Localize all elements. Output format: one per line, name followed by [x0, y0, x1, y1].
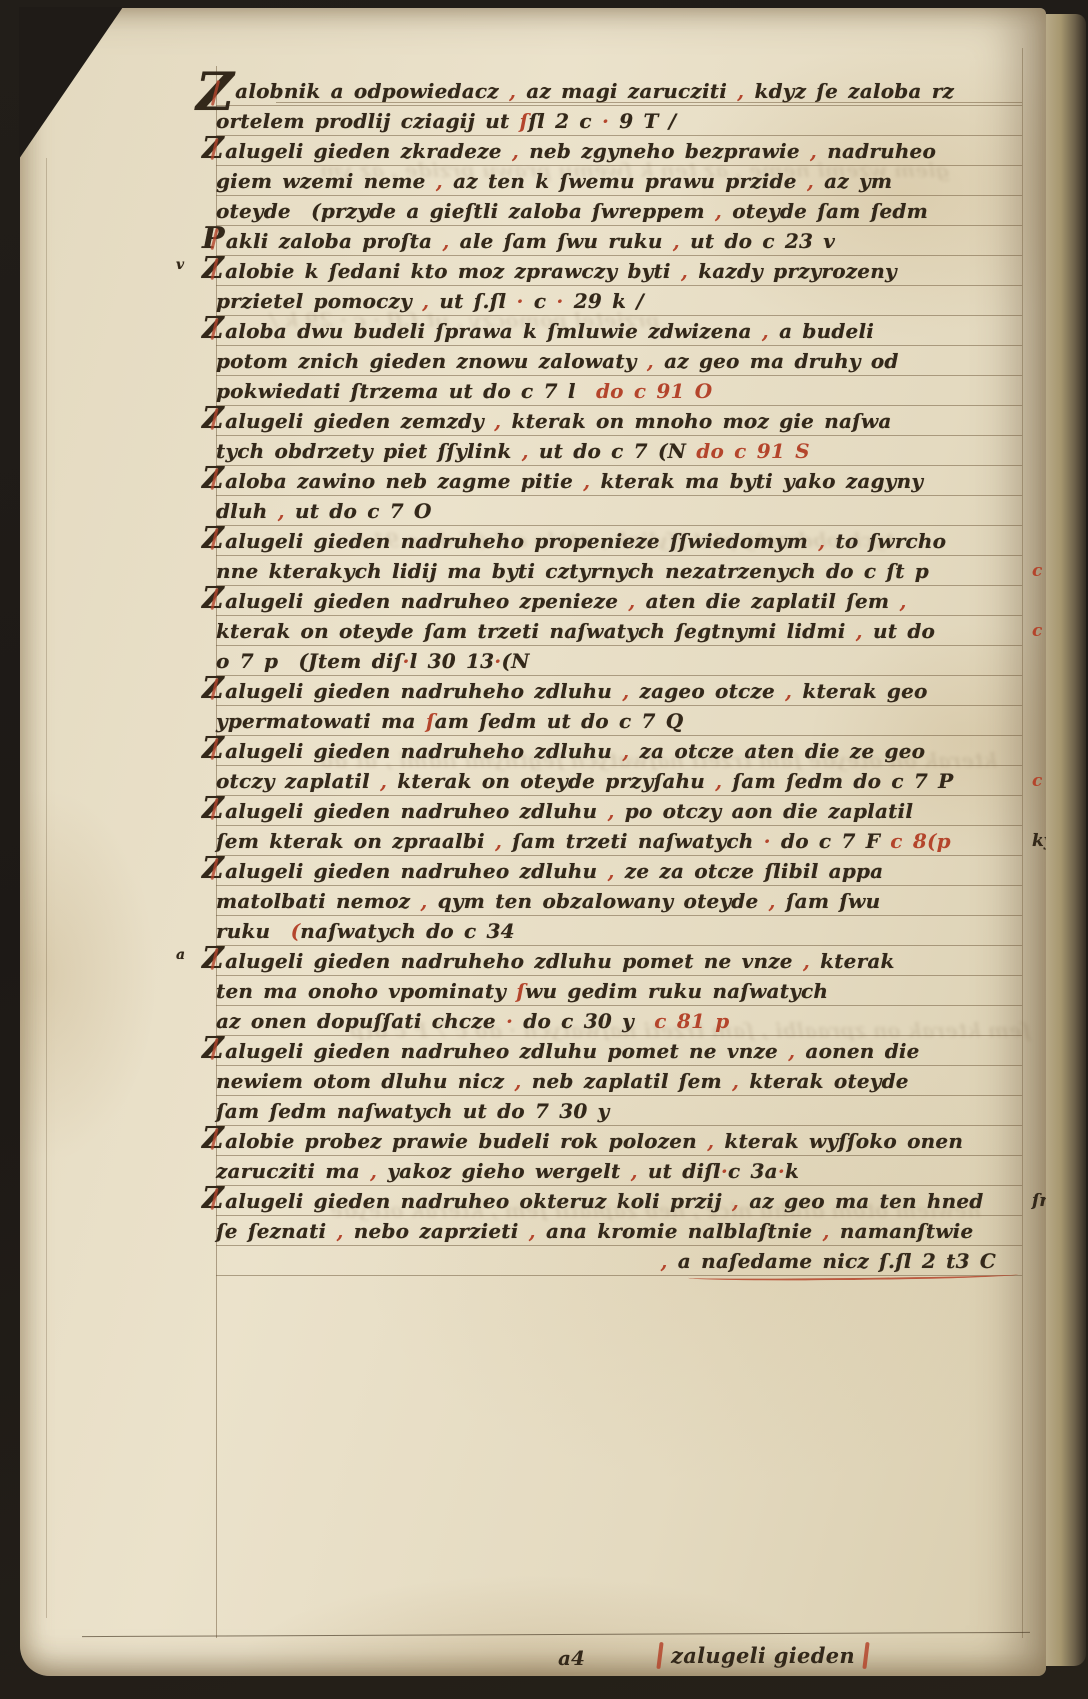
text-segment: alugeli gieden nadruheo zdluhu pomet ne …	[225, 1039, 778, 1063]
rubric-mark: ,	[705, 199, 722, 223]
text-segment: a naſedame nicz ſ.ſl 2 t3 C	[678, 1249, 996, 1273]
ruling-line-edge	[46, 158, 47, 1618]
rubric-mark: ,	[705, 769, 722, 793]
rubric-mark: ,	[426, 169, 443, 193]
text-segment: alugeli gieden nadruheho zdluhu	[225, 739, 612, 763]
text-segment: dluh	[216, 499, 267, 523]
rubric-mark: ,	[511, 439, 528, 463]
rubric-mark: ,	[808, 529, 825, 553]
text-segment: ſe ſeznati	[216, 1219, 326, 1243]
text-segment: alugeli gieden zkradeze	[225, 139, 502, 163]
initial-capital: Z	[202, 946, 225, 972]
text-block: Zalobnik a odpowiedacz , az magi zaruczi…	[216, 76, 1022, 1276]
rubric-mark: ,	[812, 1219, 829, 1243]
margin-mark: v	[176, 250, 184, 280]
text-line-2: ortelem prodlij cziagij ut ſſl 2 c · 9 T…	[216, 106, 1022, 136]
initial-capital: Z	[202, 1036, 225, 1062]
rubric-mark: ,	[573, 469, 590, 493]
text-segment: namanſtwie	[830, 1219, 974, 1243]
text-segment: ruku	[216, 919, 291, 943]
rubric-mark: ,	[499, 79, 516, 103]
text-segment: 29 k /	[574, 289, 644, 313]
text-segment: alugeli gieden nadruheho zdluhu pomet ne…	[225, 949, 793, 973]
initial-capital: Z	[202, 316, 225, 342]
text-segment: alugeli gieden nadruheo okteruz koli prz…	[225, 1189, 722, 1213]
text-line-25: Zalugeli gieden nadruheo zdluhu , po otc…	[216, 796, 1022, 826]
initial-capital: Z	[202, 256, 225, 282]
rubric-mark: ,	[697, 1129, 714, 1153]
text-segment: oteyde (przyde a gieſtli zaloba ſwreppem	[216, 199, 705, 223]
rubric-mark: ·	[506, 289, 534, 313]
text-segment: am ſedm ut do c 7 Q	[435, 709, 684, 733]
text-line-15: dluh , ut do c 7 O	[216, 496, 1022, 526]
text-segment: ſam ſedm do c 7 P	[722, 769, 953, 793]
text-segment: alugeli gieden nadruheo zdluhu	[225, 799, 597, 823]
rubric-mark: ,	[722, 1189, 739, 1213]
text-segment: giem wzemi neme	[216, 169, 426, 193]
initial-capital: Z	[202, 796, 225, 822]
text-segment: ypermatowati ma	[216, 709, 426, 733]
text-segment: az magi zarucziti	[516, 79, 727, 103]
text-segment: kterak on mnoho moz gie naſwa	[501, 409, 891, 433]
rubric-mark: ,	[612, 679, 629, 703]
text-segment: o 7 p (Jtem diſ	[216, 649, 403, 673]
rubric-stroke-right	[862, 1642, 869, 1669]
rubric-mark: ,	[660, 1249, 677, 1273]
initial-capital: Z	[196, 78, 235, 108]
text-segment: newiem otom dluhu nicz	[216, 1069, 504, 1093]
text-segment: przietel pomoczy	[216, 289, 412, 313]
rubric-mark: ,	[410, 889, 427, 913]
rubric-mark: ,	[519, 1219, 536, 1243]
text-segment: kterak geo	[792, 679, 927, 703]
text-segment: aten die zaplatil ſem	[635, 589, 889, 613]
rubric-mark: ,	[326, 1219, 343, 1243]
text-line-16: Zalugeli gieden nadruheho propenieze ſſw…	[216, 526, 1022, 556]
catchword-underline	[672, 1673, 868, 1676]
rubric-mark: ,	[360, 1159, 377, 1183]
rubric-mark: ,	[797, 169, 814, 193]
initial-capital: Z	[202, 406, 225, 432]
text-segment: aloba zawino neb zagme pitie	[225, 469, 573, 493]
rubric-mark: ,	[793, 949, 810, 973]
rubric-mark: ,	[637, 349, 654, 373]
rubric-mark: ·	[496, 1009, 524, 1033]
quire-signature: a4	[558, 1646, 585, 1670]
text-segment: ortelem prodlij cziagij ut	[216, 109, 520, 133]
catchword: zalugeli gieden	[671, 1643, 855, 1668]
rubric-mark: ,	[663, 229, 680, 253]
text-line-1: Zalobnik a odpowiedacz , az magi zaruczi…	[216, 76, 1022, 106]
rubric-mark: ,	[800, 139, 817, 163]
text-segment: ſam ſwu	[776, 889, 881, 913]
text-segment: ut do c 7 (N	[529, 439, 697, 463]
rubric-mark: ,	[671, 259, 688, 283]
text-segment: kterak ma byti yako zagyny	[590, 469, 923, 493]
initial-capital: Z	[202, 136, 225, 162]
rubric-mark: ,	[778, 1039, 795, 1063]
rubric-mark: ,	[412, 289, 429, 313]
text-line-7: vZalobie k ſedani kto moz zprawczy byti …	[216, 256, 1022, 286]
catchword-group: zalugeli gieden	[658, 1642, 868, 1669]
text-segment: to ſwrcho	[825, 529, 946, 553]
rubric-mark: ,	[775, 679, 792, 703]
text-segment: neb zaplatil ſem	[522, 1069, 722, 1093]
text-line-18: Zalugeli gieden nadruheo zpenieze , aten…	[216, 586, 1022, 616]
text-segment: aloba dwu budeli ſprawa k ſmluwie zdwize…	[225, 319, 752, 343]
text-segment: tych obdrzety piet ſſylink	[216, 439, 511, 463]
margin-note: c 8ik	[1032, 556, 1046, 586]
text-segment: l 30 13	[410, 649, 495, 673]
text-segment: c	[534, 289, 546, 313]
text-segment: ut do c 7 O	[295, 499, 432, 523]
text-segment: akli zaloba proſta	[226, 229, 432, 253]
rubric-mark: c 81 p	[654, 1009, 729, 1033]
rubric-mark: ,	[267, 499, 295, 523]
text-segment: ut do	[863, 619, 935, 643]
text-line-26: ſem kterak on zpraalbi , ſam trzeti naſw…	[216, 826, 1022, 856]
text-segment: ſam ſedm naſwatych ut do 7 30 y	[216, 1099, 609, 1123]
text-segment: ſam trzeti naſwatych	[502, 829, 753, 853]
rubric-mark: do c 91 S	[696, 439, 809, 463]
text-segment: alugeli gieden zemzdy	[225, 409, 484, 433]
rubric-mark: ,	[618, 589, 635, 613]
text-line-39: ſe ſeznati , nebo zaprzieti , ana kromie…	[216, 1216, 1022, 1246]
text-line-6: Pakli zaloba proſta , ale ſam ſwu ruku ,…	[216, 226, 1022, 256]
initial-capital: Z	[202, 736, 225, 762]
text-segment: qym ten obzalowany oteyde	[428, 889, 759, 913]
text-segment: oteyde ſam ſedm	[722, 199, 928, 223]
text-segment: alugeli gieden nadruheo zdluhu	[225, 859, 597, 883]
initial-capital: Z	[202, 466, 225, 492]
text-segment: az geo ma ten hned	[739, 1189, 983, 1213]
text-segment: ale ſam ſwu ruku	[450, 229, 663, 253]
text-segment: nadruheo	[817, 139, 936, 163]
text-line-3: Zalugeli gieden zkradeze , neb zgyneho b…	[216, 136, 1022, 166]
initial-capital: Z	[202, 586, 225, 612]
initial-capital: P	[202, 226, 226, 252]
text-segment: otczy zaplatil	[216, 769, 370, 793]
rubric-mark: ,	[758, 889, 775, 913]
text-segment: wu gedim ruku naſwatych	[525, 979, 828, 1003]
rubric-mark: ,	[752, 319, 769, 343]
text-segment: a budeli	[769, 319, 874, 343]
text-line-35: ſam ſedm naſwatych ut do 7 30 y	[216, 1096, 1022, 1126]
rubric-mark: ,	[502, 139, 519, 163]
parchment-page: giem wzemi neme , az ten k ſwemu prawu p…	[20, 8, 1046, 1676]
text-segment: k	[785, 1159, 799, 1183]
rubric-mark: ·	[403, 649, 410, 673]
manuscript-photo: giem wzemi neme , az ten k ſwemu prawu p…	[0, 0, 1088, 1699]
ruling-line-bottom	[82, 1632, 1030, 1637]
rubric-mark: ,	[484, 409, 501, 433]
text-segment: za otcze aten die ze geo	[629, 739, 925, 763]
initial-capital: Z	[202, 676, 225, 702]
text-line-17: nne kterakych lidij ma byti cztyrnych ne…	[216, 556, 1022, 586]
text-line-27: Zalugeli gieden nadruheo zdluhu , ze za …	[216, 856, 1022, 886]
adjacent-page-edge	[1040, 14, 1086, 1666]
text-segment: az ten k ſwemu prawu przide	[443, 169, 797, 193]
rubric-mark: ſ	[426, 709, 435, 733]
text-segment: yakoz gieho wergelt	[377, 1159, 620, 1183]
text-line-9: Zaloba dwu budeli ſprawa k ſmluwie zdwiz…	[216, 316, 1022, 346]
text-segment: kdyz ſe zaloba rz	[744, 79, 954, 103]
margin-note: c 88o	[1032, 616, 1046, 646]
margin-note: kyt	[1032, 826, 1046, 856]
rubric-mark: (	[291, 919, 301, 943]
text-segment: kterak oteyde	[739, 1069, 909, 1093]
text-line-33: Zalugeli gieden nadruheo zdluhu pomet ne…	[216, 1036, 1022, 1066]
text-segment: po otczy aon die zaplatil	[615, 799, 914, 823]
initial-capital: Z	[202, 526, 225, 552]
rubric-mark: ·	[778, 1159, 785, 1183]
text-segment: alobie probez prawie budeli rok polozen	[225, 1129, 697, 1153]
text-line-13: tych obdrzety piet ſſylink , ut do c 7 (…	[216, 436, 1022, 466]
text-segment: ut diſl	[638, 1159, 721, 1183]
text-segment: alugeli gieden nadruheho propenieze ſſwi…	[225, 529, 808, 553]
text-segment: matolbati nemoz	[216, 889, 410, 913]
text-segment: potom znich gieden znowu zalowaty	[216, 349, 637, 373]
rubric-mark: ,	[432, 229, 449, 253]
text-line-11: pokwiedati ſtrzema ut do c 7 l do c 91 O	[216, 376, 1022, 406]
rubric-mark: ,	[846, 619, 863, 643]
text-segment: ze za otcze ſlibil appa	[615, 859, 884, 883]
margin-note: ſr	[1032, 1186, 1046, 1216]
text-segment: 9 T /	[619, 109, 676, 133]
text-segment: ut ſ.ſl	[429, 289, 506, 313]
text-segment: zarucziti ma	[216, 1159, 360, 1183]
text-line-32: az onen dopuſſati chcze · do c 30 y c 81…	[216, 1006, 1022, 1036]
text-segment: naſwatych do c 34	[300, 919, 514, 943]
rubric-mark: c 8(p	[890, 829, 951, 853]
text-line-29: ruku (naſwatych do c 34	[216, 916, 1022, 946]
text-line-37: zarucziti ma , yakoz gieho wergelt , ut …	[216, 1156, 1022, 1186]
text-segment: ſem kterak on zpraalbi	[216, 829, 485, 853]
rubric-mark: ·	[754, 829, 782, 853]
text-segment: kterak on oteyde ſam trzeti naſwatych ſe…	[216, 619, 846, 643]
text-line-12: Zalugeli gieden zemzdy , kterak on mnoho…	[216, 406, 1022, 436]
text-segment: nne kterakych lidij ma byti cztyrnych ne…	[216, 559, 929, 583]
rubric-mark: ·	[721, 1159, 728, 1183]
text-line-4: giem wzemi neme , az ten k ſwemu prawu p…	[216, 166, 1022, 196]
text-segment: c 3a	[728, 1159, 778, 1183]
text-line-30: aZalugeli gieden nadruheho zdluhu pomet …	[216, 946, 1022, 976]
text-segment: do c 30 y	[523, 1009, 654, 1033]
text-segment: alobnik a odpowiedacz	[235, 79, 499, 103]
rubric-mark: ,	[370, 769, 387, 793]
text-segment: alobie k ſedani kto moz zprawczy byti	[225, 259, 671, 283]
rubric-mark: ·	[546, 289, 574, 313]
page-footer: a4 zalugeli gieden	[20, 1642, 1046, 1676]
text-line-34: newiem otom dluhu nicz , neb zaplatil ſe…	[216, 1066, 1022, 1096]
rubric-mark: ſ	[516, 979, 525, 1003]
rubric-mark: ,	[597, 859, 614, 883]
text-segment: ſl 2 c	[528, 109, 591, 133]
text-line-5: oteyde (przyde a gieſtli zaloba ſwreppem…	[216, 196, 1022, 226]
rubric-mark: ,	[485, 829, 502, 853]
text-line-22: ypermatowati ma ſam ſedm ut do c 7 Q	[216, 706, 1022, 736]
rubric-mark: ,	[889, 589, 906, 613]
margin-mark: a	[176, 940, 185, 970]
text-segment: do c 7 F	[781, 829, 890, 853]
initial-capital: Z	[202, 856, 225, 882]
text-line-31: ten ma onoho vpominaty ſwu gedim ruku na…	[216, 976, 1022, 1006]
rubric-mark: ·	[592, 109, 620, 133]
text-segment: alugeli gieden nadruheho zdluhu	[225, 679, 612, 703]
text-segment: kterak wyſſoko onen	[714, 1129, 963, 1153]
text-line-21: Zalugeli gieden nadruheho zdluhu , zageo…	[216, 676, 1022, 706]
text-segment: az geo ma druhy od	[654, 349, 899, 373]
text-segment: aonen die	[795, 1039, 919, 1063]
rubric-mark: ,	[612, 739, 629, 763]
initial-capital: Z	[202, 1126, 225, 1152]
text-line-20: o 7 p (Jtem diſ·l 30 13·(N	[216, 646, 1022, 676]
ruling-line-right	[1022, 48, 1023, 1638]
text-segment: pokwiedati ſtrzema ut do c 7 l	[216, 379, 596, 403]
text-line-10: potom znich gieden znowu zalowaty , az g…	[216, 346, 1022, 376]
text-line-28: matolbati nemoz , qym ten obzalowany ote…	[216, 886, 1022, 916]
text-line-23: Zalugeli gieden nadruheho zdluhu , za ot…	[216, 736, 1022, 766]
text-segment: kterak on oteyde przyſahu	[387, 769, 705, 793]
text-segment: (N	[501, 649, 529, 673]
text-line-24: otczy zaplatil , kterak on oteyde przyſa…	[216, 766, 1022, 796]
text-segment: nebo zaprzieti	[344, 1219, 519, 1243]
text-segment: zageo otcze	[629, 679, 775, 703]
text-line-14: Zaloba zawino neb zagme pitie , kterak m…	[216, 466, 1022, 496]
text-segment: ten ma onoho vpominaty	[216, 979, 516, 1003]
rubric-mark: ,	[727, 79, 744, 103]
text-segment: az onen dopuſſati chcze	[216, 1009, 496, 1033]
text-segment: neb zgyneho bezprawie	[519, 139, 800, 163]
rubric-mark: ,	[722, 1069, 739, 1093]
text-segment: az ym	[814, 169, 892, 193]
text-segment: ana kromie nalblaſtnie	[536, 1219, 813, 1243]
rubric-mark: ,	[597, 799, 614, 823]
text-line-38: Zalugeli gieden nadruheo okteruz koli pr…	[216, 1186, 1022, 1216]
rubric-mark: ,	[620, 1159, 637, 1183]
text-segment: ut do c 23 v	[680, 229, 835, 253]
text-line-19: kterak on oteyde ſam trzeti naſwatych ſe…	[216, 616, 1022, 646]
margin-note: c 82ſt	[1032, 766, 1046, 796]
rubric-mark: ,	[504, 1069, 521, 1093]
rubric-mark: do c 91 O	[596, 379, 712, 403]
text-line-40: , a naſedame nicz ſ.ſl 2 t3 C	[216, 1246, 1022, 1276]
text-segment: kazdy przyrozeny	[688, 259, 897, 283]
initial-capital: Z	[202, 1186, 225, 1212]
text-segment: kterak	[810, 949, 895, 973]
text-line-36: Zalobie probez prawie budeli rok polozen…	[216, 1126, 1022, 1156]
text-segment: alugeli gieden nadruheo zpenieze	[225, 589, 618, 613]
rubric-stroke-left	[656, 1642, 663, 1669]
text-line-8: przietel pomoczy , ut ſ.ſl · c · 29 k /	[216, 286, 1022, 316]
